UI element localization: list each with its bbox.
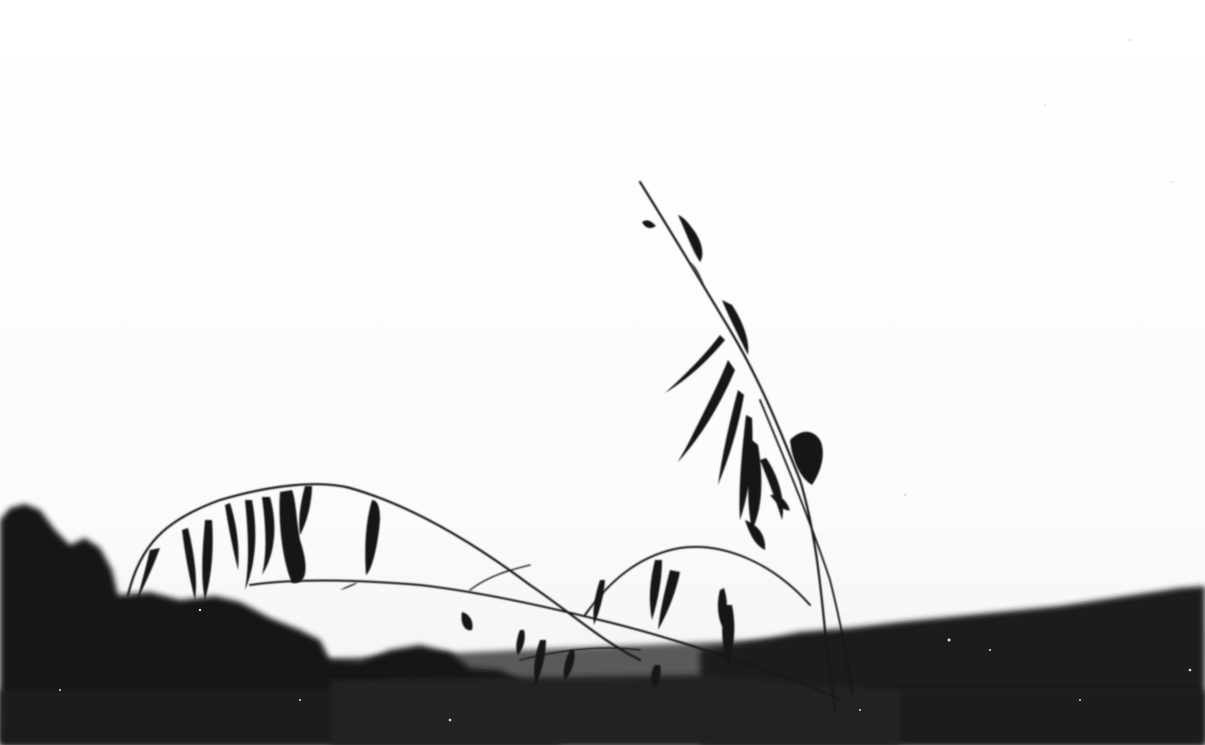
photograph: Silhouette of dried grass stems with dro…	[0, 0, 1205, 745]
photo-scene	[0, 0, 1205, 745]
